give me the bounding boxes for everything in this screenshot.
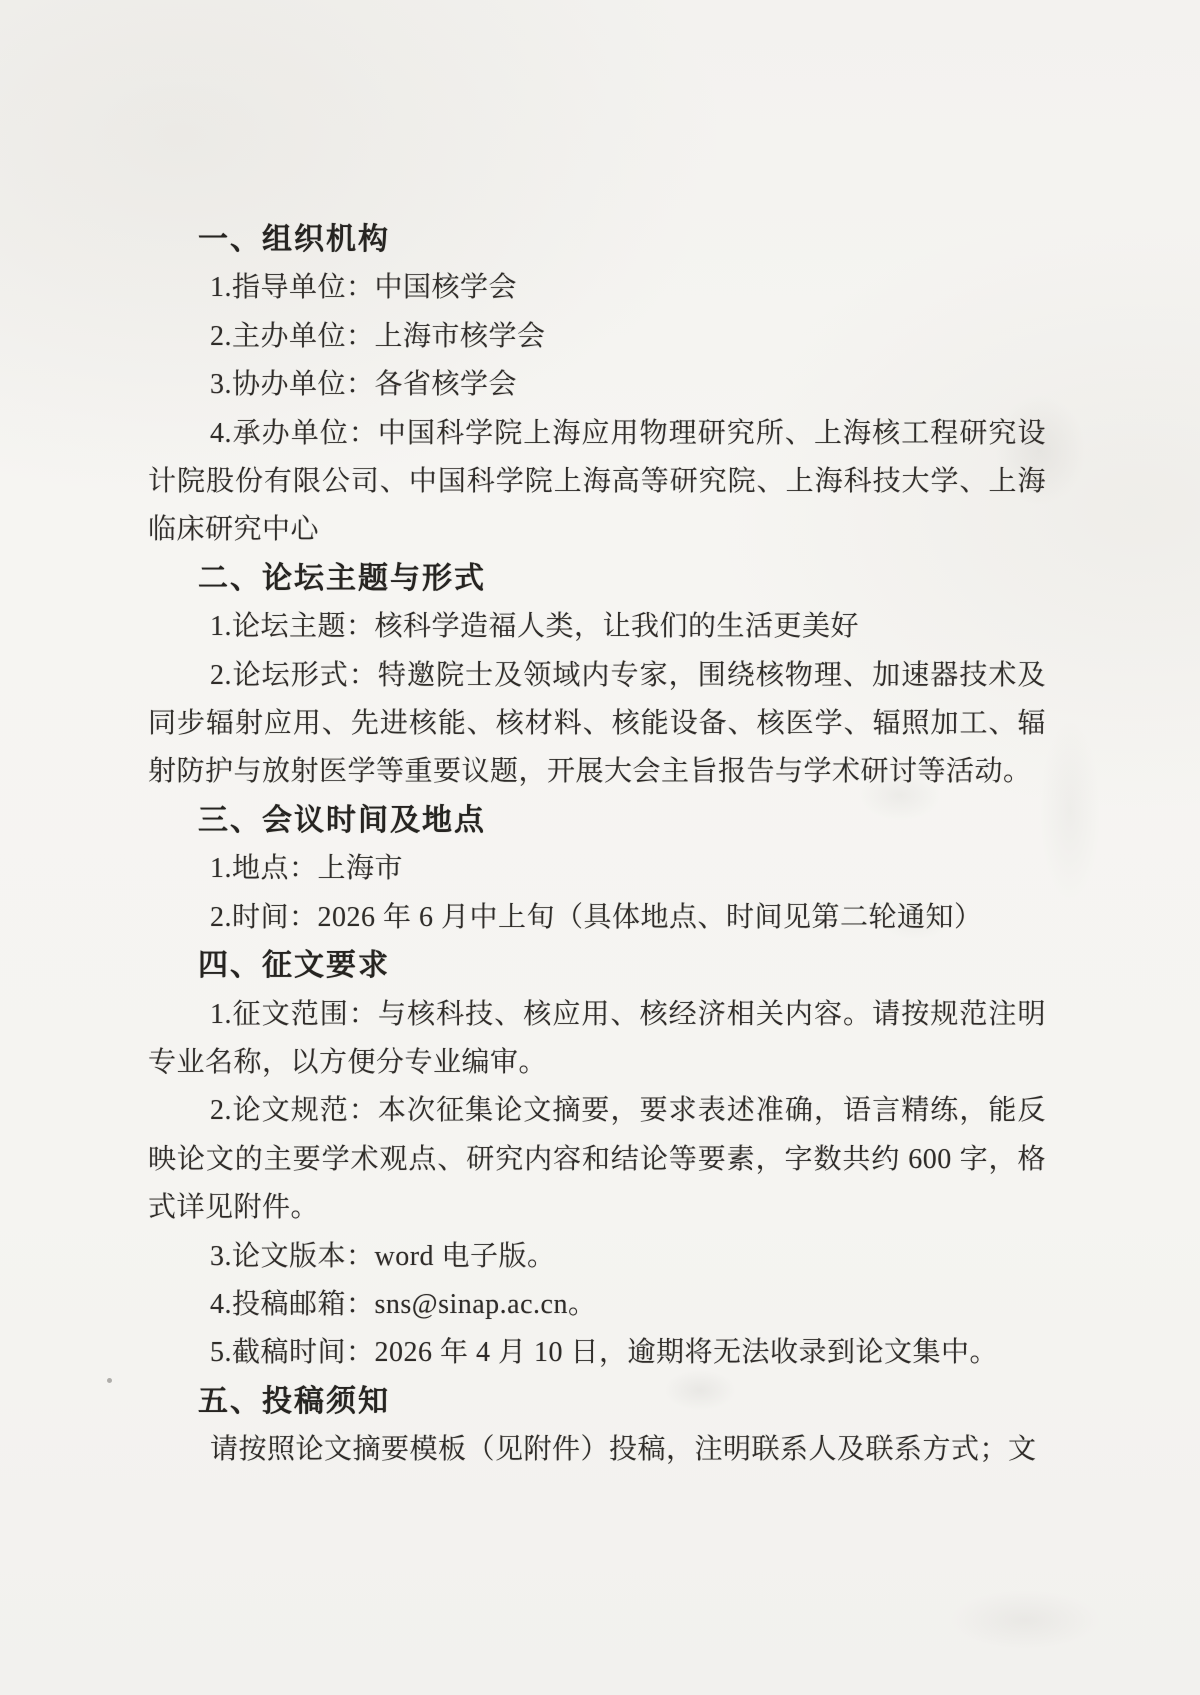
section-heading-forum-theme: 二、论坛主题与形式 — [148, 555, 1046, 603]
paragraph-coorganizer: 3.协办单位：各省核学会 — [148, 361, 1046, 409]
paragraph-location: 1.地点：上海市 — [148, 845, 1046, 893]
paragraph-paper-version: 3.论文版本：word 电子版。 — [148, 1233, 1046, 1281]
scan-speck — [107, 1378, 112, 1383]
paragraph-host-unit: 2.主办单位：上海市核学会 — [148, 313, 1046, 361]
paragraph-paper-scope: 1.征文范围：与核科技、核应用、核经济相关内容。请按规范注明专业名称，以方便分专… — [148, 991, 1046, 1088]
section-heading-time-place: 三、会议时间及地点 — [148, 797, 1046, 845]
paragraph-forum-topic: 1.论坛主题：核科学造福人类，让我们的生活更美好 — [148, 603, 1046, 651]
section-heading-submission-notes: 五、投稿须知 — [148, 1378, 1046, 1426]
paragraph-undertaker: 4.承办单位：中国科学院上海应用物理研究所、上海核工程研究设计院股份有限公司、中… — [148, 410, 1046, 555]
scan-smudge — [1040, 720, 1100, 900]
section-heading-paper-requirements: 四、征文要求 — [148, 942, 1046, 990]
scan-smudge — [950, 1590, 1100, 1650]
paragraph-time: 2.时间：2026 年 6 月中上旬（具体地点、时间见第二轮通知） — [148, 894, 1046, 942]
paragraph-forum-format: 2.论坛形式：特邀院士及领域内专家，围绕核物理、加速器技术及同步辐射应用、先进核… — [148, 652, 1046, 797]
paragraph-deadline: 5.截稿时间：2026 年 4 月 10 日，逾期将无法收录到论文集中。 — [148, 1329, 1046, 1377]
paragraph-submission-email: 4.投稿邮箱：sns@sinap.ac.cn。 — [148, 1281, 1046, 1329]
section-heading-organization: 一、组织机构 — [148, 216, 1046, 264]
document-body: 一、组织机构 1.指导单位：中国核学会 2.主办单位：上海市核学会 3.协办单位… — [148, 216, 1046, 1475]
paragraph-paper-standard: 2.论文规范：本次征集论文摘要，要求表述准确，语言精练，能反映论文的主要学术观点… — [148, 1087, 1046, 1232]
paragraph-guiding-unit: 1.指导单位：中国核学会 — [148, 264, 1046, 312]
document-page: 一、组织机构 1.指导单位：中国核学会 2.主办单位：上海市核学会 3.协办单位… — [0, 0, 1200, 1695]
paragraph-submission-instructions: 请按照论文摘要模板（见附件）投稿，注明联系人及联系方式；文 — [148, 1426, 1046, 1474]
